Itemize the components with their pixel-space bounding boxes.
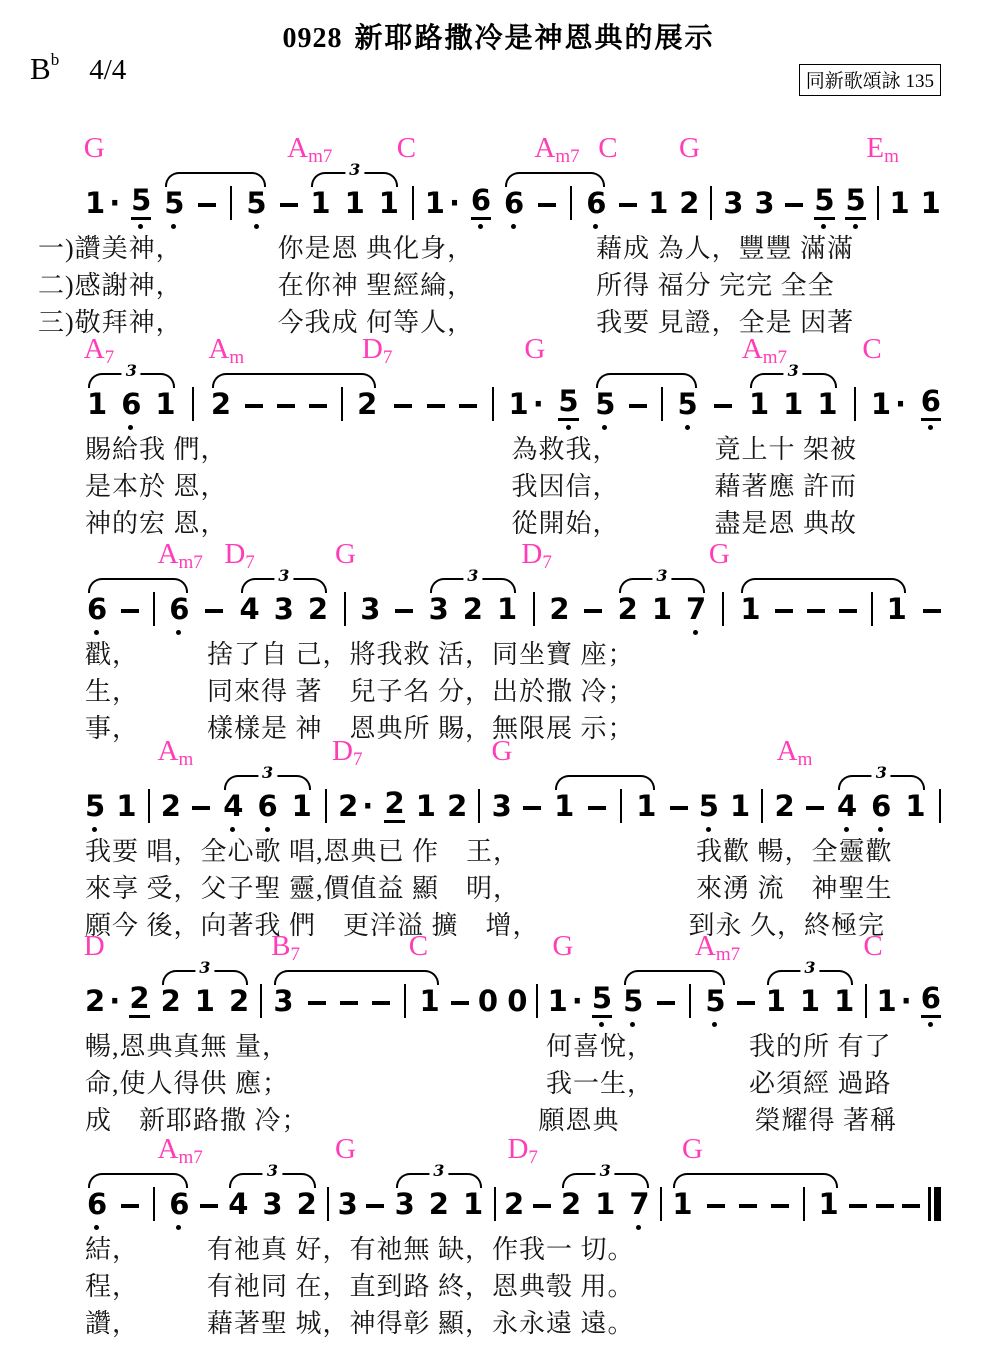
duration-dash: [395, 609, 413, 614]
note-digit: 7: [629, 1170, 649, 1221]
note-digit: 1: [595, 1170, 615, 1221]
duration-dash: [775, 609, 793, 614]
chord-root: D: [84, 930, 105, 962]
note-digit: 2: [561, 1170, 581, 1221]
note-digit: 2: [679, 169, 699, 220]
chord-root: G: [679, 132, 700, 164]
chord-root: G: [335, 538, 356, 570]
note-digit: 1·: [85, 169, 120, 220]
chord-label: C: [863, 930, 882, 963]
bar-line: [327, 1187, 329, 1221]
system-6: Am7GD7G664323321221711結， 有祂真 好，有祂無 缺，作我一…: [0, 1133, 997, 1345]
note-digit: 1·: [548, 967, 583, 1018]
augmentation-dot: ·: [895, 387, 906, 421]
note-digit: 2: [297, 1170, 317, 1221]
chord-row: AmD7GAm: [0, 735, 997, 765]
notation-row: 1·5551111·66612335511: [85, 162, 941, 220]
chord-root: G: [524, 333, 545, 365]
chord-root: A: [158, 735, 179, 767]
lyric-row: 生， 同來得 著 兒子名 分，出於撒 冷；: [85, 671, 635, 708]
bar-line: [533, 592, 535, 626]
duration-dash: [459, 404, 477, 409]
duration-dash: [714, 404, 732, 409]
duration-dash: [366, 1204, 384, 1209]
system-2: A7AmD7GAm7C161221·5551111·6賜給我 們， 為救我， 竟…: [0, 333, 997, 545]
duration-dash: [876, 1204, 894, 1209]
note-digit: 2: [161, 772, 181, 823]
duration-dash: [629, 404, 647, 409]
note-digit: 2·: [338, 772, 373, 823]
triplet-group: 111: [764, 967, 857, 1018]
note-digit: 1: [497, 575, 517, 626]
duration-dash: [739, 1204, 757, 1209]
triplet-group: 432: [226, 1170, 319, 1221]
note-digit: 2: [384, 769, 404, 823]
duration-dash: [280, 203, 298, 208]
duration-dash: [806, 806, 824, 811]
note-digit: 2: [618, 575, 638, 626]
bar-line: [660, 1187, 662, 1221]
duration-dash: [670, 806, 688, 811]
chord-root: A: [287, 132, 308, 164]
bar-line: [536, 984, 538, 1018]
chord-label: G: [682, 1133, 703, 1166]
note-digit: 5: [677, 370, 697, 421]
chord-root: D: [332, 735, 353, 767]
augmentation-dot: ·: [362, 789, 373, 823]
chord-root: G: [335, 1133, 356, 1165]
chord-root: A: [158, 538, 179, 570]
lyric-row: 是本於 恩， 我因信， 藉著應 許而: [85, 466, 857, 503]
triplet-group: 432: [238, 575, 331, 626]
bar-line: [661, 387, 663, 421]
note-digit: 1: [672, 1170, 692, 1221]
chord-root: C: [397, 132, 416, 164]
duration-dash: [707, 1204, 725, 1209]
duration-dash: [394, 404, 412, 409]
chord-row: A7AmD7GAm7C: [0, 333, 997, 363]
duration-dash: [198, 203, 216, 208]
note-digit: 5: [705, 967, 725, 1018]
bar-line: [153, 592, 155, 626]
key-signature: Bb4/4: [30, 50, 126, 87]
chord-root: A: [695, 930, 716, 962]
bar-line: [341, 387, 343, 421]
bar-line: [492, 387, 494, 421]
note-digit: 1: [554, 772, 574, 823]
augmentation-dot: ·: [109, 984, 120, 1018]
triplet-group: 461: [835, 772, 928, 823]
note-digit: 5: [558, 367, 578, 421]
note-digit: 3: [262, 1170, 282, 1221]
note-digit: 5: [592, 964, 612, 1018]
bar-line: [877, 186, 879, 220]
notation-row: 161221·5551111·6: [85, 363, 941, 421]
tie-slur-group: 55: [162, 169, 268, 220]
duration-dash: [121, 609, 139, 614]
bar-line: [722, 592, 724, 626]
bar-line: [803, 1187, 805, 1221]
chord-label: G: [335, 538, 356, 571]
note-digit: 5: [85, 772, 105, 823]
bar-line: [344, 592, 346, 626]
lyric-row: 命,使人得供 應； 我一生， 必須經 過路: [85, 1063, 892, 1100]
bar-line: [871, 592, 873, 626]
bar-line: [148, 789, 150, 823]
note-digit: 2: [357, 370, 377, 421]
note-digit: 1: [420, 967, 440, 1018]
note-digit: 5: [814, 166, 834, 220]
notation-row: 664323321221711: [85, 568, 941, 626]
note-digit: 4: [228, 1170, 248, 1221]
note-digit: 3: [492, 772, 512, 823]
note-digit: 2: [775, 772, 795, 823]
note-digit: 1: [749, 370, 769, 421]
note-digit: 1: [819, 1170, 839, 1221]
bar-line: [478, 789, 480, 823]
note-digit: 6: [257, 772, 277, 823]
chord-root: D: [362, 333, 383, 365]
chord-label: G: [524, 333, 545, 366]
time-signature: 4/4: [89, 54, 126, 86]
low-octave-dot: [928, 425, 933, 430]
triplet-group: 321: [393, 1170, 486, 1221]
chord-label: C: [598, 132, 617, 165]
note-digit: 3: [338, 1170, 358, 1221]
duration-dash: [372, 1001, 390, 1006]
note-digit: 5: [623, 967, 643, 1018]
duration-dash: [309, 404, 327, 409]
triplet-group: 111: [747, 370, 840, 421]
note-digit: 5: [845, 166, 865, 220]
chord-root: G: [682, 1133, 703, 1165]
chord-root: A: [534, 132, 555, 164]
note-digit: 3: [274, 575, 294, 626]
note-digit: 1: [652, 575, 672, 626]
chord-label: G: [84, 132, 105, 165]
duration-dash: [533, 1204, 551, 1209]
note-digit: 1: [887, 575, 907, 626]
note-digit: 1·: [871, 370, 906, 421]
lyric-row: 程， 有祂同 在，直到路 終，恩典彀 用。: [85, 1266, 635, 1303]
augmentation-dot: ·: [533, 387, 544, 421]
triplet-group: 212: [159, 967, 252, 1018]
bar-line: [865, 984, 867, 1018]
note-digit: 6: [87, 1170, 107, 1221]
triplet-group: 111: [308, 169, 401, 220]
note-digit: 1: [921, 169, 941, 220]
duration-dash: [807, 609, 825, 614]
triplet-group: 321: [427, 575, 520, 626]
duration-dash: [902, 1204, 920, 1209]
note-digit: 3: [273, 967, 293, 1018]
bar-line: [620, 789, 622, 823]
page-title: 0928新耶路撒冷是神恩典的展示: [0, 16, 997, 56]
chord-label: G: [552, 930, 573, 963]
bar-line: [404, 984, 406, 1018]
chord-root: D: [507, 1133, 528, 1165]
note-digit: 5: [595, 370, 615, 421]
chord-root: C: [598, 132, 617, 164]
note-digit: 6: [169, 1170, 189, 1221]
chord-root: A: [777, 735, 798, 767]
bar-line: [854, 387, 856, 421]
tie-slur-group: 55: [593, 370, 699, 421]
tie-slur-group: 66: [85, 1170, 191, 1221]
chord-root: D: [521, 538, 542, 570]
note-digit: 1: [817, 370, 837, 421]
note-digit: 6: [921, 367, 941, 421]
bar-line: [412, 186, 414, 220]
bar-line: [325, 789, 327, 823]
chord-root: A: [742, 333, 763, 365]
tie-slur-group: 66: [85, 575, 191, 626]
system-1: GAm7CAm7CGEm1·5551111·66612335511一)讚美神， …: [0, 132, 997, 344]
augmentation-dot: ·: [109, 186, 120, 220]
lyric-row: 成 新耶路撒 冷； 願恩典 榮耀得 著稱: [85, 1100, 897, 1137]
lyric-row: 讚， 藉著聖 城，神得彰 顯，永永遠 遠。: [85, 1303, 635, 1340]
note-digit: 1: [766, 967, 786, 1018]
note-digit: 5: [699, 772, 719, 823]
duration-dash: [277, 404, 295, 409]
duration-dash: [205, 609, 223, 614]
note-digit: 1: [730, 772, 750, 823]
triplet-group: 461: [221, 772, 314, 823]
duration-dash: [245, 404, 263, 409]
note-digit: 0: [507, 967, 527, 1018]
lyric-row: 我要 唱，全心歌 唱,恩典已 作 王， 我歡 暢，全靈歡: [85, 831, 893, 868]
notation-row: 2·221231001·5551111·6: [85, 960, 941, 1018]
duration-dash: [427, 404, 445, 409]
augmentation-dot: ·: [572, 984, 583, 1018]
note-digit: 1: [636, 772, 656, 823]
triplet-group: 217: [616, 575, 709, 626]
note-digit: 1: [800, 967, 820, 1018]
duration-dash: [584, 609, 602, 614]
bar-line: [230, 186, 232, 220]
tie-slur-group: 11: [670, 1170, 840, 1221]
tie-slur-group: 31: [271, 967, 441, 1018]
duration-dash: [785, 203, 803, 208]
lyric-row: 二)感謝神， 在你神 聖經綸， 所得 福分 完完 全全: [38, 265, 835, 302]
note-digit: 2: [129, 964, 149, 1018]
note-digit: 1: [889, 169, 909, 220]
chord-label: G: [709, 538, 730, 571]
note-digit: 1: [292, 772, 312, 823]
note-digit: 2·: [85, 967, 120, 1018]
duration-dash: [340, 1001, 358, 1006]
chord-root: B: [271, 930, 290, 962]
lyric-row: 一)讚美神， 你是恩 典化身， 藉成 為人，豐豐 滿滿: [38, 228, 854, 265]
system-3: Am7D7GD7G664323321221711戳， 捨了自 己，將我救 活，同…: [0, 538, 997, 750]
lyric-row: 來享 受，父子聖 靈,價值益 顯 明， 來湧 流 神聖生: [85, 868, 893, 905]
bar-line: [761, 789, 763, 823]
note-digit: 1·: [876, 967, 911, 1018]
chord-label: G: [679, 132, 700, 165]
hymn-sheet: 0928新耶路撒冷是神恩典的展示 Bb4/4 同新歌頌詠 135 GAm7CAm…: [0, 0, 997, 1359]
tie-slur-group: 22: [209, 370, 379, 421]
duration-dash: [308, 1001, 326, 1006]
song-number: 0928: [282, 23, 342, 54]
note-digit: 3: [754, 169, 774, 220]
chord-label: C: [409, 930, 428, 963]
augmentation-dot: ·: [901, 984, 912, 1018]
low-octave-dot: [928, 1022, 933, 1027]
duration-dash: [200, 1204, 218, 1209]
key-letter: B: [30, 51, 51, 86]
note-digit: 0: [478, 967, 498, 1018]
note-digit: 1·: [509, 370, 544, 421]
duration-dash: [192, 806, 210, 811]
note-digit: 5: [246, 169, 266, 220]
note-digit: 1: [740, 575, 760, 626]
tie-slur-group: 11: [738, 575, 908, 626]
chord-root: A: [158, 1133, 179, 1165]
bar-line: [192, 387, 194, 421]
note-digit: 2: [549, 575, 569, 626]
chord-root: C: [862, 333, 881, 365]
bar-line: [689, 984, 691, 1018]
tie-slur-group: 55: [621, 967, 727, 1018]
note-digit: 6: [504, 169, 524, 220]
duration-dash: [923, 609, 941, 614]
note-digit: 7: [686, 575, 706, 626]
chord-row: GAm7CAm7CGEm: [0, 132, 997, 162]
triplet-group: 161: [85, 370, 178, 421]
system-5: DB7CGAm7C2·221231001·5551111·6暢,恩典真無 量， …: [0, 930, 997, 1142]
note-digit: 1: [155, 370, 175, 421]
chord-root: G: [492, 735, 513, 767]
duration-dash: [588, 806, 606, 811]
chord-label: C: [862, 333, 881, 366]
chord-root: G: [84, 132, 105, 164]
note-digit: 3: [429, 575, 449, 626]
duration-dash: [121, 1204, 139, 1209]
bar-line: [153, 1187, 155, 1221]
duration-dash: [451, 1001, 469, 1006]
notation-row: 5124612·212311512461: [85, 765, 941, 823]
chord-root: D: [224, 538, 245, 570]
notation-row: 664323321221711: [85, 1163, 941, 1221]
duration-dash: [849, 1204, 867, 1209]
chord-root: E: [866, 132, 884, 164]
note-digit: 1: [463, 1170, 483, 1221]
note-digit: 1: [783, 370, 803, 421]
note-digit: 2: [463, 575, 483, 626]
key-accidental: b: [51, 50, 60, 69]
chord-label: C: [397, 132, 416, 165]
lyric-row: 暢,恩典真無 量， 何喜悅， 我的所 有了: [85, 1026, 892, 1063]
note-digit: 6: [121, 370, 141, 421]
note-digit: 1: [416, 772, 436, 823]
note-digit: 2: [429, 1170, 449, 1221]
bar-line: [494, 1187, 496, 1221]
duration-dash: [771, 1204, 789, 1209]
chord-label: G: [492, 735, 513, 768]
lyric-row: 結， 有祂真 好，有祂無 缺，作我一 切。: [85, 1229, 635, 1266]
note-digit: 2: [211, 370, 231, 421]
note-digit: 1·: [425, 169, 460, 220]
note-digit: 6: [87, 575, 107, 626]
note-digit: 2: [447, 772, 467, 823]
tie-slur-group: 66: [502, 169, 608, 220]
chord-root: A: [208, 333, 229, 365]
duration-dash: [619, 203, 637, 208]
note-digit: 2: [161, 967, 181, 1018]
duration-dash: [538, 203, 556, 208]
chord-label: G: [335, 1133, 356, 1166]
bar-line: [710, 186, 712, 220]
note-digit: 1: [195, 967, 215, 1018]
note-digit: 6: [871, 772, 891, 823]
note-digit: 1: [310, 169, 330, 220]
note-digit: 5: [131, 166, 151, 220]
chord-label: D: [84, 930, 105, 963]
low-octave-dot: [636, 1225, 641, 1230]
triplet-group: 217: [559, 1170, 652, 1221]
note-digit: 6: [921, 964, 941, 1018]
chord-root: A: [84, 333, 105, 365]
note-digit: 1: [905, 772, 925, 823]
bar-line: [939, 789, 941, 823]
note-digit: 6: [471, 166, 491, 220]
final-bar-line: [928, 1187, 941, 1221]
hymnal-reference: 同新歌頌詠 135: [799, 64, 941, 96]
chord-root: G: [709, 538, 730, 570]
duration-dash: [657, 1001, 675, 1006]
note-digit: 3: [723, 169, 743, 220]
bar-line: [570, 186, 572, 220]
duration-dash: [523, 806, 541, 811]
note-digit: 1: [87, 370, 107, 421]
note-digit: 1: [345, 169, 365, 220]
augmentation-dot: ·: [449, 186, 460, 220]
note-digit: 5: [164, 169, 184, 220]
note-digit: 1: [834, 967, 854, 1018]
low-octave-dot: [693, 630, 698, 635]
system-4: AmD7GAm5124612·212311512461我要 唱，全心歌 唱,恩典…: [0, 735, 997, 947]
song-title: 新耶路撒冷是神恩典的展示: [354, 23, 714, 54]
bar-line: [260, 984, 262, 1018]
note-digit: 4: [837, 772, 857, 823]
note-digit: 3: [395, 1170, 415, 1221]
lyric-row: 戳， 捨了自 己，將我救 活，同坐寶 座；: [85, 634, 635, 671]
note-digit: 6: [586, 169, 606, 220]
duration-dash: [839, 609, 857, 614]
note-digit: 4: [240, 575, 260, 626]
tie-slur-group: 11: [552, 772, 658, 823]
note-digit: 2: [229, 967, 249, 1018]
note-digit: 3: [360, 575, 380, 626]
note-digit: 2: [308, 575, 328, 626]
lyric-row: 神的宏 恩， 從開始， 盡是恩 典故: [85, 503, 857, 540]
note-digit: 6: [169, 575, 189, 626]
note-digit: 1: [648, 169, 668, 220]
duration-dash: [737, 1001, 755, 1006]
chord-root: G: [552, 930, 573, 962]
lyric-row: 賜給我 們， 為救我， 竟上十 架被: [85, 429, 857, 466]
note-digit: 4: [223, 772, 243, 823]
note-digit: 1: [379, 169, 399, 220]
chord-root: C: [409, 930, 428, 962]
chord-row: Am7D7GD7G: [0, 538, 997, 568]
chord-root: C: [863, 930, 882, 962]
chord-row: Am7GD7G: [0, 1133, 997, 1163]
note-digit: 1: [116, 772, 136, 823]
chord-row: DB7CGAm7C: [0, 930, 997, 960]
note-digit: 2: [504, 1170, 524, 1221]
